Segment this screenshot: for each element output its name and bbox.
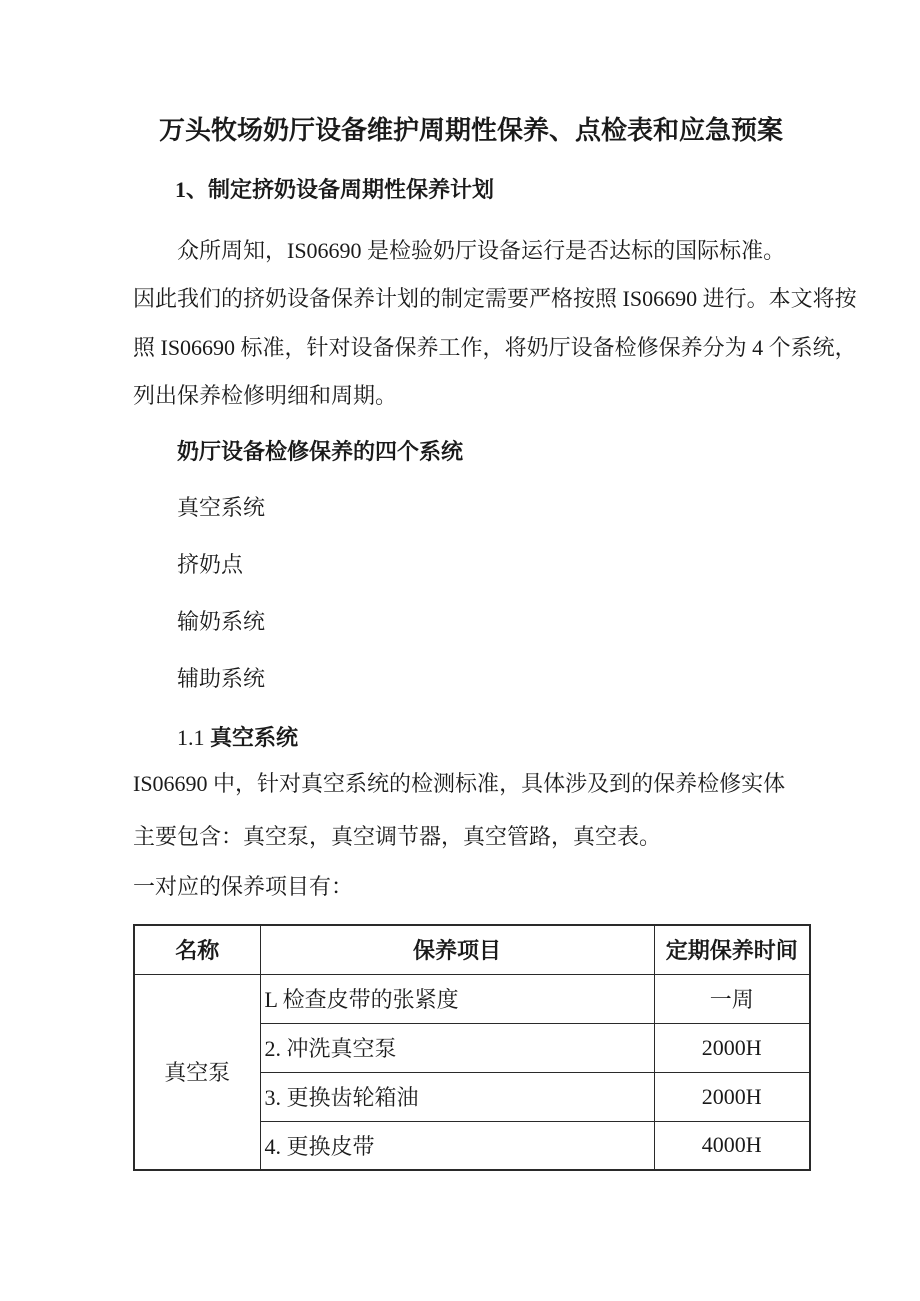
- subsection-number: 1.1: [177, 725, 205, 750]
- maintenance-table: 名称 保养项目 定期保养时间 真空泵 L 检查皮带的张紧度 一周 2. 冲洗真空…: [133, 924, 811, 1171]
- interval-cell: 2000H: [654, 1023, 810, 1072]
- table-header-row: 名称 保养项目 定期保养时间: [134, 925, 810, 974]
- interval-cell: 4000H: [654, 1121, 810, 1170]
- document-page: 万头牧场奶厅设备维护周期性保养、点检表和应急预案 1、制定挤奶设备周期性保养计划…: [0, 0, 920, 1301]
- group-name-cell: 真空泵: [134, 974, 260, 1170]
- subsection-title: 真空系统: [210, 725, 298, 750]
- table-row: 真空泵 L 检查皮带的张紧度 一周: [134, 974, 810, 1023]
- subsection-heading: 1.1 真空系统: [177, 725, 298, 750]
- subsection-line-3: 一对应的保养项目有：: [133, 874, 353, 899]
- header-interval: 定期保养时间: [654, 925, 810, 974]
- item-cell: 2. 冲洗真空泵: [260, 1023, 654, 1072]
- item-cell: 4. 更换皮带: [260, 1121, 654, 1170]
- intro-line-4: 列出保养检修明细和周期。: [133, 383, 397, 408]
- item-cell: 3. 更换齿轮箱油: [260, 1072, 654, 1121]
- system-item-milk-transfer: 输奶系统: [177, 609, 265, 634]
- interval-cell: 一周: [654, 974, 810, 1023]
- system-item-auxiliary: 辅助系统: [177, 666, 265, 691]
- header-name: 名称: [134, 925, 260, 974]
- systems-heading: 奶厅设备检修保养的四个系统: [177, 439, 463, 464]
- item-cell: L 检查皮带的张紧度: [260, 974, 654, 1023]
- document-title: 万头牧场奶厅设备维护周期性保养、点检表和应急预案: [133, 116, 809, 146]
- system-item-vacuum: 真空系统: [177, 495, 265, 520]
- header-item: 保养项目: [260, 925, 654, 974]
- intro-line-2: 因此我们的挤奶设备保养计划的制定需要严格按照 IS06690 进行。本文将按: [133, 286, 857, 311]
- subsection-line-2: 主要包含：真空泵，真空调节器，真空管路，真空表。: [133, 824, 661, 849]
- subsection-line-1: IS06690 中，针对真空系统的检测标准，具体涉及到的保养检修实体: [133, 771, 785, 796]
- interval-cell: 2000H: [654, 1072, 810, 1121]
- intro-line-1: 众所周知，IS06690 是检验奶厅设备运行是否达标的国际标准。: [177, 238, 785, 263]
- intro-line-3: 照 IS06690 标准，针对设备保养工作，将奶厅设备检修保养分为 4 个系统，: [133, 335, 857, 360]
- section1-heading: 1、制定挤奶设备周期性保养计划: [175, 177, 494, 202]
- system-item-milking-point: 挤奶点: [177, 552, 243, 577]
